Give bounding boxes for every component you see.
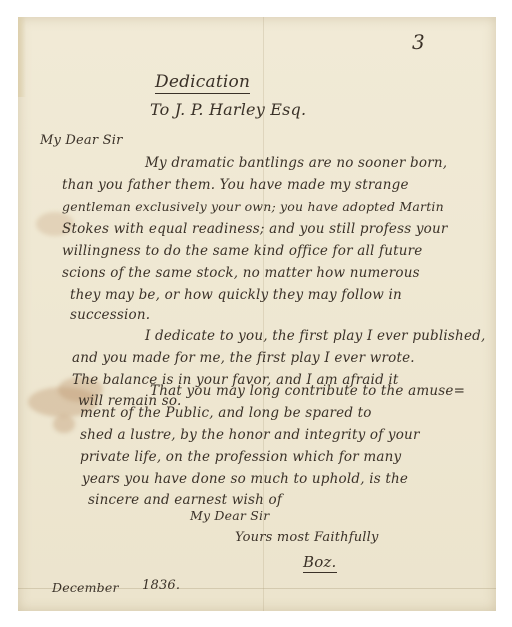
body-line: and you made for me, the first play I ev…: [72, 350, 415, 366]
closing-valediction: Yours most Faithfully: [235, 530, 379, 545]
body-line: they may be, or how quickly they may fol…: [70, 287, 402, 303]
date-month: December: [52, 580, 119, 595]
body-line: My dramatic bantlings are no sooner born…: [145, 155, 447, 171]
body-line: ment of the Public, and long be spared t…: [80, 405, 372, 421]
body-line: succession.: [70, 307, 150, 323]
body-line: scions of the same stock, no matter how …: [62, 265, 420, 281]
salutation: My Dear Sir: [40, 133, 122, 148]
body-line: shed a lustre, by the honor and integrit…: [80, 427, 420, 443]
body-line: That you may long contribute to the amus…: [150, 383, 465, 399]
ink-stain: [53, 415, 75, 433]
body-line: Stokes with equal readiness; and you sti…: [62, 221, 448, 237]
body-line: than you father them. You have made my s…: [62, 177, 409, 193]
body-line: I dedicate to you, the first play I ever…: [145, 328, 485, 344]
body-line: private life, on the profession which fo…: [80, 449, 401, 465]
page-number: 3: [412, 30, 425, 54]
signature: Boz.: [303, 553, 337, 573]
closing-salutation: My Dear Sir: [190, 508, 269, 523]
body-line: willingness to do the same kind office f…: [62, 243, 422, 259]
body-line: gentleman exclusively your own; you have…: [62, 199, 444, 214]
date-year: 1836.: [142, 578, 180, 593]
body-line: years you have done so much to uphold, i…: [82, 471, 408, 487]
addressee: To J. P. Harley Esq.: [150, 100, 306, 119]
body-line: sincere and earnest wish of: [88, 492, 282, 508]
document-title: Dedication: [155, 72, 250, 94]
